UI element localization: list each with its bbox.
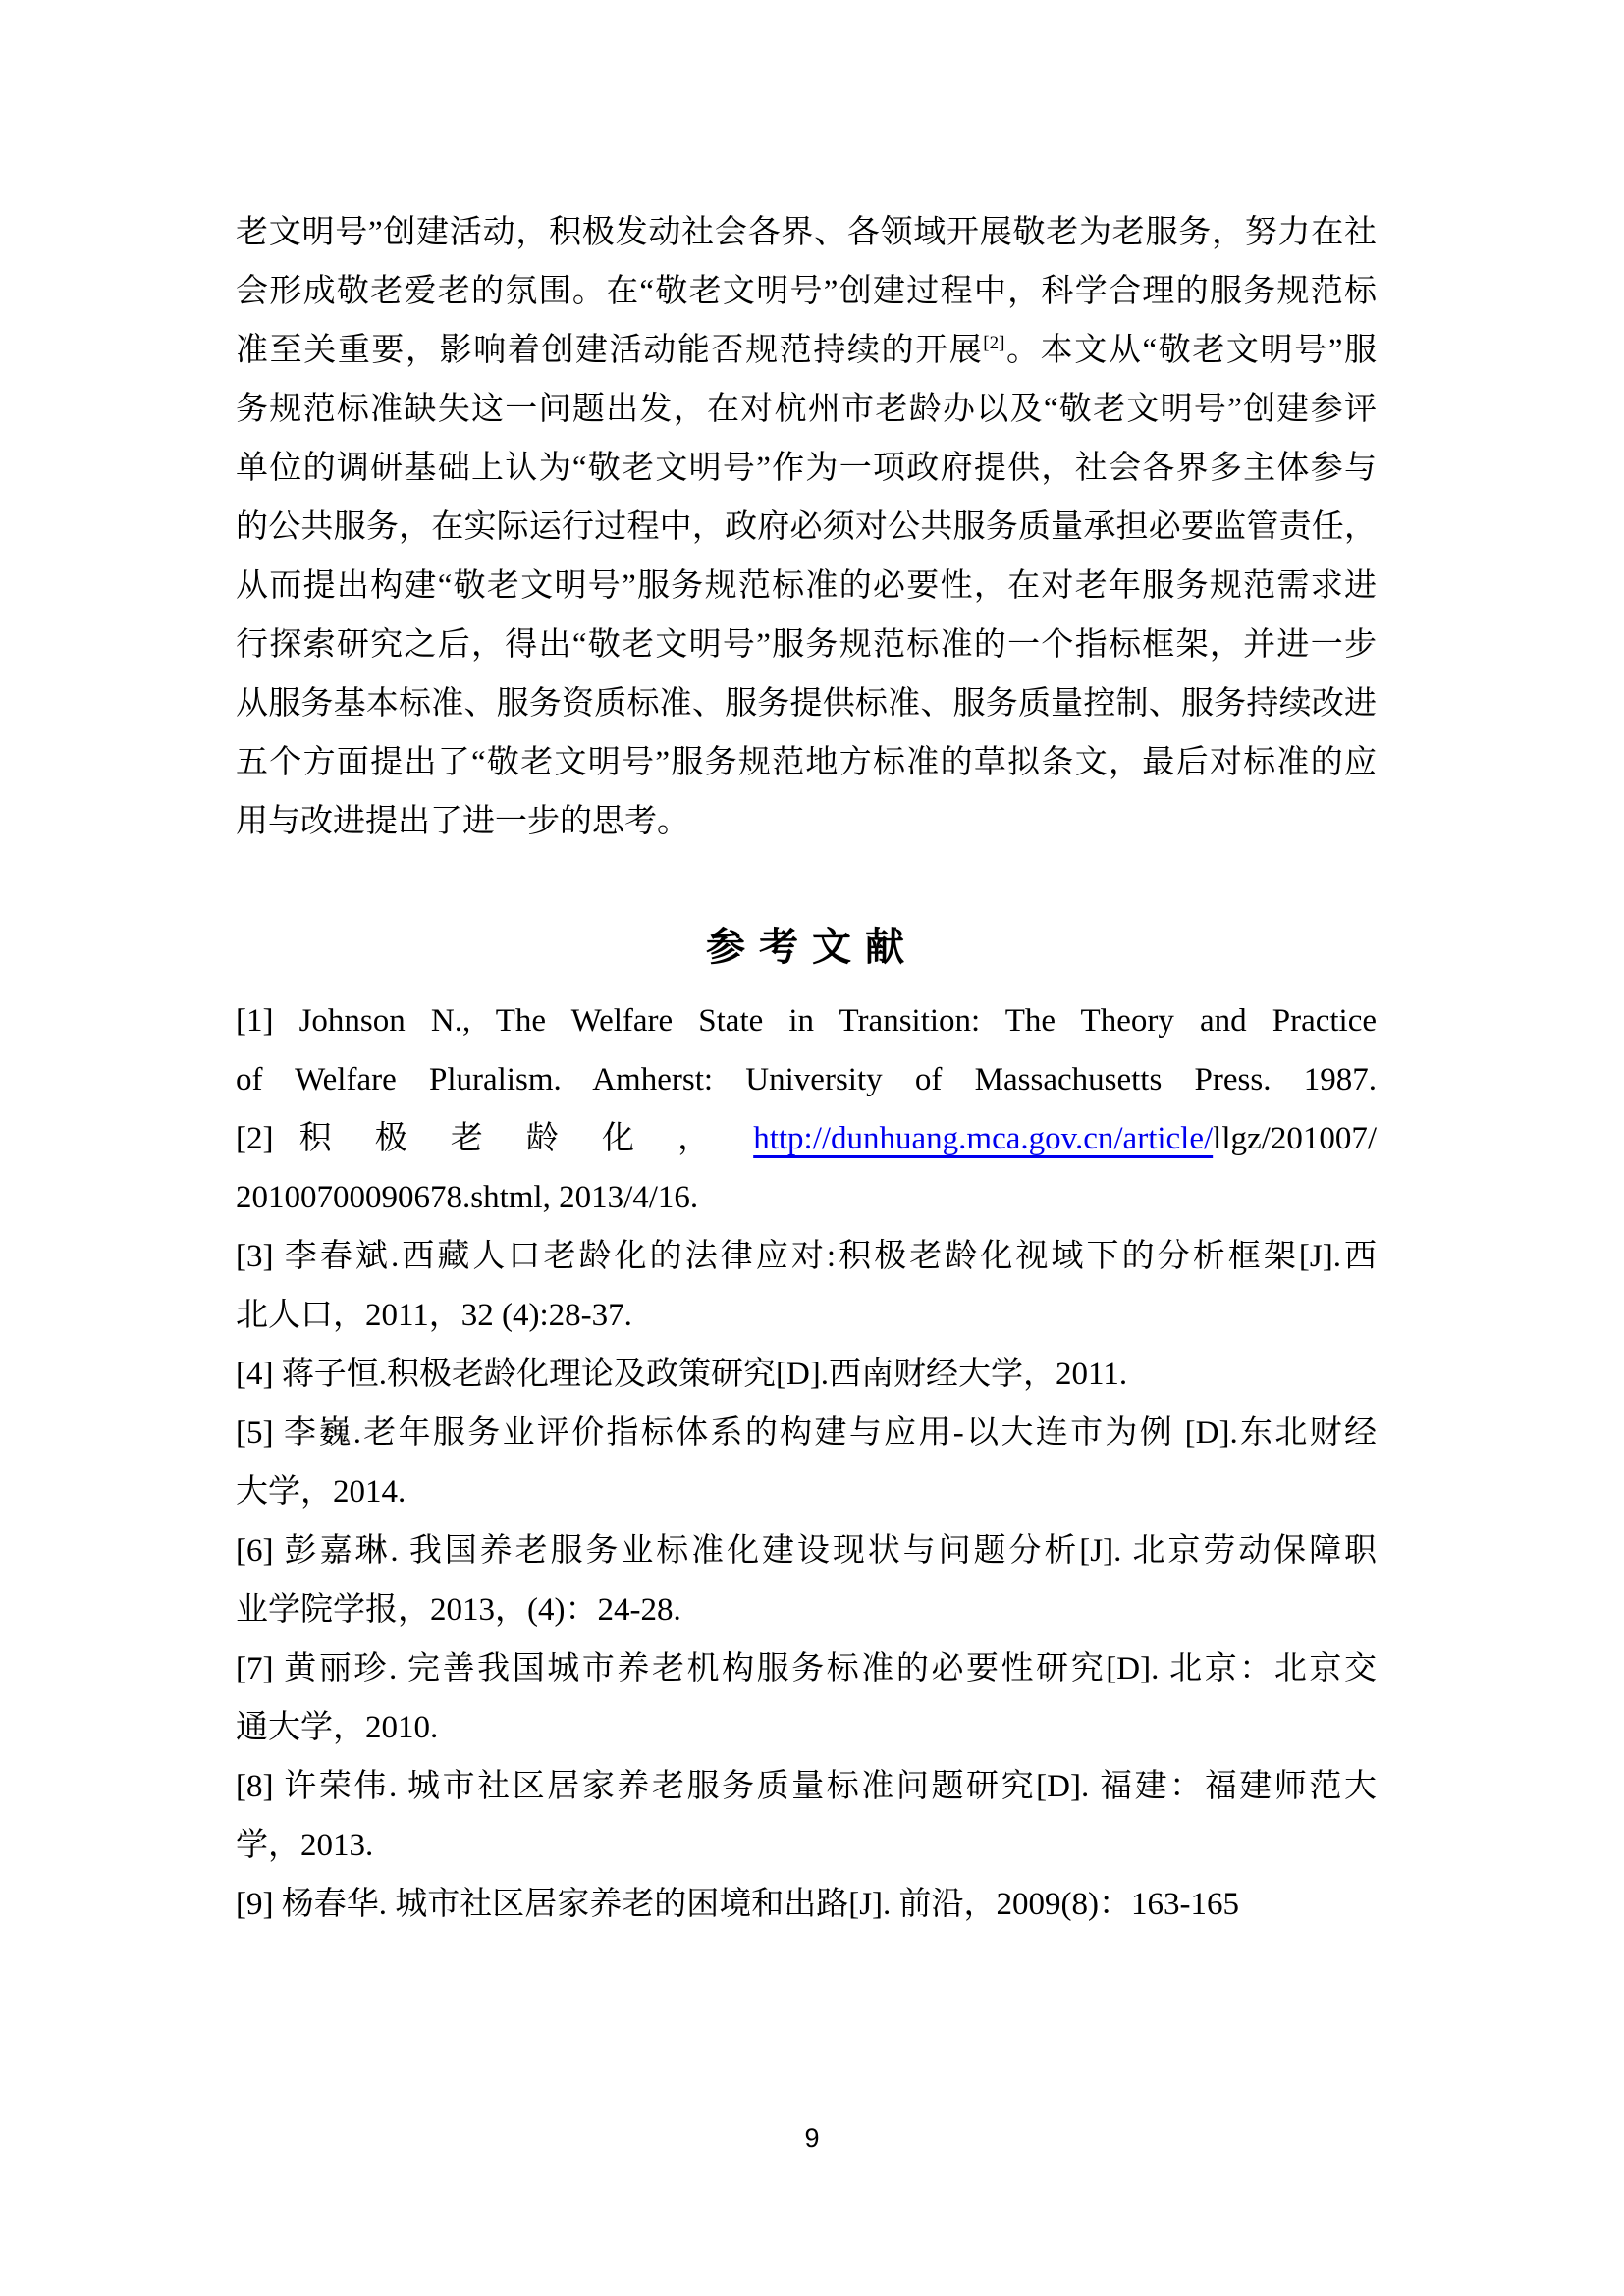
- body-text-line: 从服务基本标准、服务资质标准、服务提供标准、服务质量控制、服务持续改进: [236, 674, 1377, 733]
- reference-line: [6] 彭嘉琳. 我国养老服务业标准化建设现状与问题分析[J]. 北京劳动保障职: [236, 1522, 1377, 1580]
- page-content: 老文明号”创建活动，积极发动社会各界、各领域开展敬老为老服务，努力在社会形成敬老…: [236, 203, 1377, 1934]
- footnote-ref: [2]: [983, 333, 1004, 353]
- reference-line: 大学，2014.: [236, 1463, 1377, 1522]
- reference-line: [1] Johnson N., The Welfare State in Tra…: [236, 991, 1377, 1050]
- reference-line: 通大学，2010.: [236, 1698, 1377, 1757]
- body-text-line: 准至关重要，影响着创建活动能否规范持续的开展[2]。本文从“敬老文明号”服: [236, 321, 1377, 380]
- text-segment: 学，2013.: [236, 1828, 373, 1863]
- page-number: 9: [0, 2123, 1624, 2154]
- text-segment: [6] 彭嘉琳. 我国养老服务业标准化建设现状与问题分析[J]. 北京劳动保障职: [236, 1533, 1377, 1569]
- reference-line: 业学院学报，2013，(4)：24-28.: [236, 1580, 1377, 1639]
- text-segment: 北人口，2011，32 (4):28-37.: [236, 1298, 632, 1333]
- text-segment: 的公共服务，在实际运行过程中，政府必须对公共服务质量承担必要监管责任，: [236, 509, 1377, 545]
- text-segment: 准至关重要，影响着创建活动能否规范持续的开展: [236, 333, 983, 368]
- text-segment: 从服务基本标准、服务资质标准、服务提供标准、服务质量控制、服务持续改进: [236, 686, 1377, 721]
- references-heading: 参 考 文 献: [236, 918, 1377, 977]
- reference-line: [4] 蒋子恒.积极老龄化理论及政策研究[D].西南财经大学，2011.: [236, 1345, 1377, 1404]
- text-segment: 五个方面提出了“敬老文明号”服务规范地方标准的草拟条文，最后对标准的应: [236, 745, 1377, 780]
- body-text-line: 行探索研究之后，得出“敬老文明号”服务规范标准的一个指标框架，并进一步: [236, 615, 1377, 674]
- text-segment: [5] 李巍.老年服务业评价指标体系的构建与应用-以大连市为例 [D].东北财经: [236, 1415, 1377, 1451]
- text-segment: 20100700090678.shtml, 2013/4/16.: [236, 1180, 698, 1215]
- text-segment: [3] 李春斌.西藏人口老龄化的法律应对:积极老龄化视域下的分析框架[J].西: [236, 1239, 1377, 1274]
- body-text-line: 单位的调研基础上认为“敬老文明号”作为一项政府提供，社会各界多主体参与: [236, 439, 1377, 498]
- body-text-line: 务规范标准缺失这一问题出发，在对杭州市老龄办以及“敬老文明号”创建参评: [236, 380, 1377, 439]
- text-segment: 用与改进提出了进一步的思考。: [236, 804, 689, 839]
- text-segment: 行探索研究之后，得出“敬老文明号”服务规范标准的一个指标框架，并进一步: [236, 627, 1377, 663]
- text-segment: 大学，2014.: [236, 1474, 406, 1510]
- text-segment: 从而提出构建“敬老文明号”服务规范标准的必要性，在对老年服务规范需求进: [236, 568, 1377, 604]
- text-segment: [9] 杨春华. 城市社区居家养老的困境和出路[J]. 前沿，2009(8)：1…: [236, 1887, 1239, 1922]
- text-segment: 通大学，2010.: [236, 1710, 438, 1745]
- reference-line: 学，2013.: [236, 1816, 1377, 1875]
- text-segment: [2] 积 极 老 龄 化 ，: [236, 1121, 753, 1156]
- body-text-line: 会形成敬老爱老的氛围。在“敬老文明号”创建过程中，科学合理的服务规范标: [236, 262, 1377, 321]
- text-segment: 老文明号”创建活动，积极发动社会各界、各领域开展敬老为老服务，努力在社: [236, 215, 1377, 250]
- document-page: 老文明号”创建活动，积极发动社会各界、各领域开展敬老为老服务，努力在社会形成敬老…: [0, 0, 1624, 2296]
- text-segment: 会形成敬老爱老的氛围。在“敬老文明号”创建过程中，科学合理的服务规范标: [236, 274, 1377, 309]
- body-text-line: 的公共服务，在实际运行过程中，政府必须对公共服务质量承担必要监管责任，: [236, 498, 1377, 557]
- text-segment: 务规范标准缺失这一问题出发，在对杭州市老龄办以及“敬老文明号”创建参评: [236, 392, 1377, 427]
- reference-url-link[interactable]: http://dunhuang.mca.gov.cn/article/: [753, 1121, 1213, 1156]
- references-list: [1] Johnson N., The Welfare State in Tra…: [236, 991, 1377, 1934]
- body-paragraph: 老文明号”创建活动，积极发动社会各界、各领域开展敬老为老服务，努力在社会形成敬老…: [236, 203, 1377, 851]
- reference-line: [7] 黄丽珍. 完善我国城市养老机构服务标准的必要性研究[D]. 北京：北京交: [236, 1639, 1377, 1698]
- reference-line: [9] 杨春华. 城市社区居家养老的困境和出路[J]. 前沿，2009(8)：1…: [236, 1875, 1377, 1934]
- reference-line: [5] 李巍.老年服务业评价指标体系的构建与应用-以大连市为例 [D].东北财经: [236, 1404, 1377, 1463]
- body-text-line: 老文明号”创建活动，积极发动社会各界、各领域开展敬老为老服务，努力在社: [236, 203, 1377, 262]
- body-text-line: 五个方面提出了“敬老文明号”服务规范地方标准的草拟条文，最后对标准的应: [236, 733, 1377, 792]
- text-segment: [4] 蒋子恒.积极老龄化理论及政策研究[D].西南财经大学，2011.: [236, 1357, 1127, 1392]
- text-segment: llgz/201007/: [1213, 1121, 1377, 1156]
- reference-line: 北人口，2011，32 (4):28-37.: [236, 1286, 1377, 1345]
- text-segment: 。本文从“敬老文明号”服: [1004, 333, 1377, 368]
- text-segment: [1] Johnson N., The Welfare State in Tra…: [236, 1003, 1377, 1039]
- reference-line: 20100700090678.shtml, 2013/4/16.: [236, 1168, 1377, 1227]
- text-segment: of Welfare Pluralism. Amherst: Universit…: [236, 1062, 1377, 1097]
- reference-line: [2] 积 极 老 龄 化 ， http://dunhuang.mca.gov.…: [236, 1109, 1377, 1168]
- text-segment: 单位的调研基础上认为“敬老文明号”作为一项政府提供，社会各界多主体参与: [236, 451, 1377, 486]
- reference-line: [8] 许荣伟. 城市社区居家养老服务质量标准问题研究[D]. 福建：福建师范大: [236, 1757, 1377, 1816]
- body-text-line: 从而提出构建“敬老文明号”服务规范标准的必要性，在对老年服务规范需求进: [236, 557, 1377, 615]
- body-text-line: 用与改进提出了进一步的思考。: [236, 792, 1377, 851]
- text-segment: 业学院学报，2013，(4)：24-28.: [236, 1592, 681, 1628]
- text-segment: [7] 黄丽珍. 完善我国城市养老机构服务标准的必要性研究[D]. 北京：北京交: [236, 1651, 1377, 1686]
- reference-line: of Welfare Pluralism. Amherst: Universit…: [236, 1050, 1377, 1109]
- reference-line: [3] 李春斌.西藏人口老龄化的法律应对:积极老龄化视域下的分析框架[J].西: [236, 1227, 1377, 1286]
- text-segment: [8] 许荣伟. 城市社区居家养老服务质量标准问题研究[D]. 福建：福建师范大: [236, 1769, 1377, 1804]
